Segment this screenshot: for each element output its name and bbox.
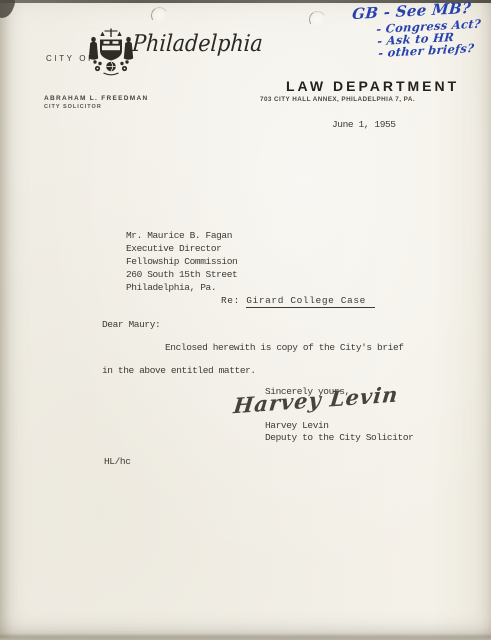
- signer-title: Deputy to the City Solicitor: [265, 432, 413, 443]
- department-title: LAW DEPARTMENT: [286, 78, 459, 94]
- body-line-1: Enclosed herewith is copy of the City's …: [165, 342, 404, 353]
- recipient-title: Executive Director: [126, 243, 221, 254]
- re-subject: Girard College Case: [246, 295, 375, 308]
- page-corner-curl: [0, 0, 19, 21]
- recipient-org: Fellowship Commission: [126, 256, 237, 267]
- recipient-street: 260 South 15th Street: [126, 269, 237, 280]
- reference-initials: HL/hc: [104, 456, 131, 467]
- scan-bottom-edge: [0, 633, 491, 640]
- city-seal-icon: [84, 27, 138, 76]
- recipient-city: Philadelphia, Pa.: [126, 282, 216, 293]
- punch-hole-right: [307, 9, 327, 29]
- solicitor-name: ABRAHAM L. FREEDMAN: [44, 95, 149, 102]
- philadelphia-script: Philadelphia: [131, 31, 263, 57]
- recipient-name: Mr. Maurice B. Fagan: [126, 230, 232, 241]
- date-line: June 1, 1955: [332, 119, 396, 130]
- solicitor-title: CITY SOLICITOR: [44, 104, 102, 110]
- handwritten-signature: Harvey Levin: [232, 381, 399, 418]
- re-line: Re: Girard College Case: [221, 295, 375, 306]
- signer-name: Harvey Levin: [265, 420, 329, 431]
- salutation: Dear Maury:: [102, 319, 160, 330]
- punch-hole-left: [149, 5, 169, 25]
- body-line-2: in the above entitled matter.: [102, 365, 256, 376]
- department-address: 703 CITY HALL ANNEX, PHILADELPHIA 7, PA.: [260, 96, 415, 103]
- re-prefix: Re:: [221, 295, 246, 306]
- scanned-letter-page: GB - See MB? - Congress Act? - Ask to HR…: [0, 0, 491, 640]
